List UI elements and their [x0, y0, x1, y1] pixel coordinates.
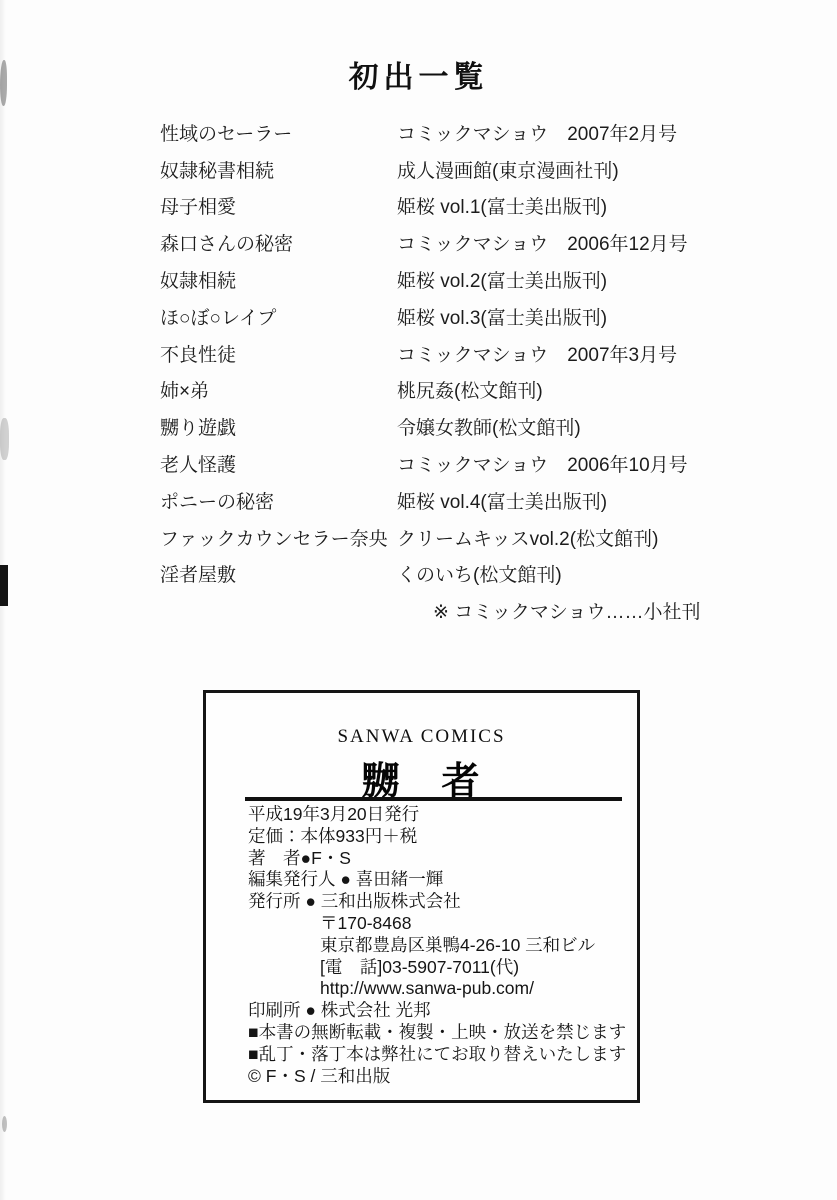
work-source: コミックマショウ 2007年3月号 [397, 340, 677, 367]
work-title: 不良性徒 [160, 340, 397, 367]
printer-line: 印刷所 ● 株式会社 光邦 [248, 1000, 629, 1022]
work-row: 淫者屋敷 くのいち(松文館刊) [160, 556, 760, 593]
work-row: 森口さんの秘密 コミックマショウ 2006年12月号 [160, 224, 760, 261]
title-divider [245, 797, 622, 801]
work-source: くのいち(松文館刊) [397, 560, 562, 587]
colophon-info: 平成19年3月20日発行 定価：本体933円＋税 著 者●F・S 編集発行人 ●… [248, 804, 629, 1087]
defect-notice: ■乱丁・落丁本は弊社にてお取り替えいたします [248, 1044, 629, 1066]
price-line: 定価：本体933円＋税 [248, 826, 629, 848]
postal-code: 〒170-8468 [320, 913, 629, 935]
work-source: 令嬢女教師(松文館刊) [397, 413, 581, 440]
work-row: 老人怪護 コミックマショウ 2006年10月号 [160, 445, 760, 482]
work-title: 性域のセーラー [160, 119, 397, 146]
scan-smudge [2, 1116, 7, 1132]
author-line: 著 者●F・S [248, 848, 629, 870]
work-title: 淫者屋敷 [160, 560, 397, 587]
work-title: 老人怪護 [160, 450, 397, 477]
work-title: ほ○ぼ○レイプ [160, 303, 397, 330]
work-source: コミックマショウ 2007年2月号 [397, 119, 677, 146]
editor-line: 編集発行人 ● 喜田緒一輝 [248, 869, 629, 891]
work-source: 姫桜 vol.3(富士美出版刊) [397, 303, 607, 330]
work-source: 姫桜 vol.1(富士美出版刊) [397, 192, 607, 219]
work-source: 姫桜 vol.2(富士美出版刊) [397, 266, 607, 293]
work-row: 不良性徒 コミックマショウ 2007年3月号 [160, 335, 760, 372]
scanned-colophon-page: 初出一覧 性域のセーラー コミックマショウ 2007年2月号 奴隷秘書相続 成人… [0, 0, 837, 1200]
work-row: ファックカウンセラー奈央 クリームキッスvol.2(松文館刊) [160, 519, 760, 556]
website-url: http://www.sanwa-pub.com/ [320, 978, 629, 1000]
scan-smudge [0, 418, 9, 460]
work-row: 母子相愛 姫桜 vol.1(富士美出版刊) [160, 188, 760, 225]
work-title: 森口さんの秘密 [160, 229, 397, 256]
work-source: 姫桜 vol.4(富士美出版刊) [397, 487, 607, 514]
reproduction-notice: ■本書の無断転載・複製・上映・放送を禁じます [248, 1022, 629, 1044]
publisher-line: 発行所 ● 三和出版株式会社 [248, 891, 629, 913]
phone-line: [電 話]03-5907-7011(代) [320, 957, 629, 979]
work-source: 成人漫画館(東京漫画社刊) [397, 156, 619, 183]
page-title: 初出一覧 [0, 52, 837, 96]
first-publication-list: 性域のセーラー コミックマショウ 2007年2月号 奴隷秘書相続 成人漫画館(東… [160, 114, 760, 629]
first-publication-note: ※ コミックマショウ……小社刊 [160, 592, 760, 629]
copyright-line: © F・S / 三和出版 [248, 1066, 629, 1088]
publisher-address: 東京都豊島区巣鴨4-26-10 三和ビル [320, 935, 629, 957]
work-title: 奴隷相続 [160, 266, 397, 293]
work-row: 奴隷秘書相続 成人漫画館(東京漫画社刊) [160, 151, 760, 188]
work-title: 嬲り遊戯 [160, 413, 397, 440]
work-source: コミックマショウ 2006年12月号 [397, 229, 688, 256]
scan-black-mark [0, 565, 8, 606]
work-row: 奴隷相続 姫桜 vol.2(富士美出版刊) [160, 261, 760, 298]
work-source: コミックマショウ 2006年10月号 [397, 450, 688, 477]
work-row: 性域のセーラー コミックマショウ 2007年2月号 [160, 114, 760, 151]
work-title: 姉×弟 [160, 376, 397, 403]
work-title: 奴隷秘書相続 [160, 156, 397, 183]
publication-date: 平成19年3月20日発行 [248, 804, 629, 826]
work-title: 母子相愛 [160, 192, 397, 219]
work-source: 桃尻姦(松文館刊) [397, 376, 543, 403]
work-title: ファックカウンセラー奈央 [160, 524, 397, 551]
work-row: ほ○ぼ○レイプ 姫桜 vol.3(富士美出版刊) [160, 298, 760, 335]
work-row: 嬲り遊戯 令嬢女教師(松文館刊) [160, 408, 760, 445]
work-row: ポニーの秘密 姫桜 vol.4(富士美出版刊) [160, 482, 760, 519]
series-label: SANWA COMICS [206, 726, 637, 748]
work-row: 姉×弟 桃尻姦(松文館刊) [160, 372, 760, 409]
colophon-box: SANWA COMICS 嬲 者 平成19年3月20日発行 定価：本体933円＋… [203, 690, 640, 1103]
work-source: クリームキッスvol.2(松文館刊) [397, 524, 658, 551]
work-title: ポニーの秘密 [160, 487, 397, 514]
